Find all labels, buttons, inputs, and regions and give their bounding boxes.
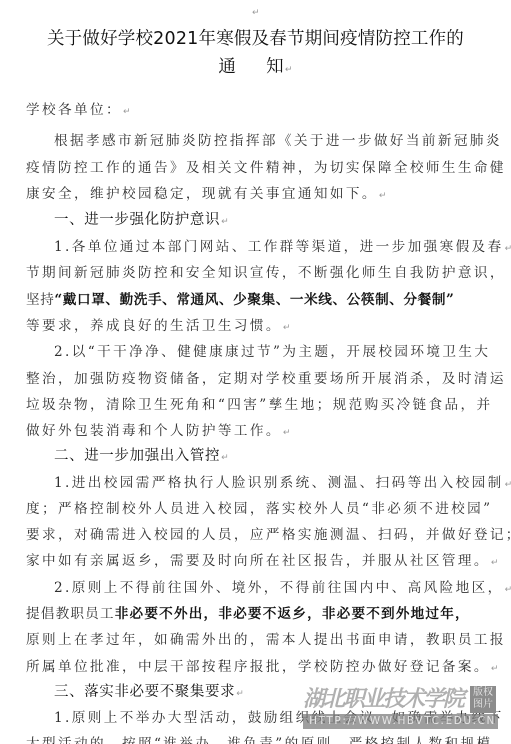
paragraph-mark-icon: ↵ <box>236 689 244 699</box>
watermark-url: HTTP://WWW.HBVTC.EDU.CN <box>303 714 498 729</box>
paragraph-mark-icon: ↵ <box>283 323 293 333</box>
paragraph-line: 度；严格控制校外人员进入校园，落实校外人员“非必须不进校园” <box>26 497 493 517</box>
salutation: 学校各单位：↵ <box>26 98 133 118</box>
paragraph-mark-icon: ↵ <box>505 480 511 490</box>
paragraph-line: 要求，对确需进入校园的人员，应严格实施测温、扫码，并做好登记； <box>26 523 511 543</box>
paragraph-line: 节期间新冠肺炎防控和安全知识宣传，不断强化师生自我防护意识， <box>26 261 506 281</box>
emphasis-text: “戴口罩、勤洗手、常通风、少聚集、一米线、公筷制、分餐制” <box>54 292 454 308</box>
paragraph-line: 原则上在孝过年，如确需外出的，需本人提出书面申请，教职员工报 <box>26 628 506 648</box>
section-heading-3: 三、落实非必要不聚集要求↵ <box>54 680 244 701</box>
document-page: ↵ 关于做好学校2021年寒假及春节期间疫情防控工作的 通知↵ 学校各单位：↵ … <box>0 0 511 744</box>
copyright-watermark: 湖北职业技术学院 版权 图片 HTTP://WWW.HBVTC.EDU.CN <box>303 680 511 744</box>
paragraph-mark-icon: ↵ <box>379 191 389 201</box>
watermark-copyright-badge: 版权 图片 <box>470 686 496 713</box>
paragraph-line: 整治，加强防疫物资储备，定期对学校重要场所开展消杀，及时清运 <box>26 367 506 387</box>
document-title-line-1: 关于做好学校2021年寒假及春节期间疫情防控工作的 <box>0 25 511 50</box>
paragraph-line: 垃圾杂物，清除卫生死角和“四害”孳生地；规范购买冷链食品，并 <box>26 393 493 413</box>
watermark-school-name: 湖北职业技术学院 <box>303 682 468 713</box>
intro-line: 根据孝感市新冠肺炎防控指挥部《关于进一步做好当前新冠肺炎 <box>54 129 502 149</box>
intro-line: 康安全，维护校园稳定，现就有关事宜通知如下。↵ <box>26 182 389 202</box>
paragraph-mark-icon: ↵ <box>283 428 293 438</box>
paragraph-line-emphasis: 提倡教职员工非必要不外出，非必要不返乡，非必要不到外地过年， <box>26 602 470 622</box>
paragraph-mark-icon: ↵ <box>505 585 511 595</box>
paragraph-line: 所属单位批准，中层干部按程序报批，学校防控办做好登记备案。↵ <box>26 655 501 675</box>
section-heading-1: 一、进一步强化防护意识↵ <box>54 208 229 229</box>
emphasis-text: 非必要不外出，非必要不返乡，非必要不到外地过年， <box>115 606 470 622</box>
paragraph-mark-icon: ↵ <box>221 453 229 463</box>
paragraph-line: 家中如有亲属返乡，需要及时向所在社区报告，并服从社区管理。↵ <box>26 549 501 569</box>
paragraph-mark-icon: ↵ <box>285 65 293 75</box>
paragraph-line: 2.原则上不得前往国外、境外，不得前往国内中、高风险地区，↵ <box>54 576 511 596</box>
paragraph-mark-icon: ↵ <box>123 107 133 117</box>
paragraph-line: 做好外包装消毒和个人防护等工作。↵ <box>26 419 293 439</box>
paragraph-line: 等要求，养成良好的生活卫生习惯。↵ <box>26 314 293 334</box>
document-title-line-2: 通知↵ <box>0 53 511 78</box>
paragraph-line: 2.以“干干净净、健健康康过节”为主题，开展校园环境卫生大 <box>54 340 490 360</box>
paragraph-mark-icon: ↵ <box>221 217 229 227</box>
paragraph-line-emphasis: 坚持“戴口罩、勤洗手、常通风、少聚集、一米线、公筷制、分餐制” <box>26 288 454 308</box>
paragraph-mark-icon: ↵ <box>505 244 511 254</box>
paragraph-line: 1.各单位通过本部门网站、工作群等渠道，进一步加强寒假及春↵ <box>54 235 511 255</box>
paragraph-mark-icon: ↵ <box>491 558 501 568</box>
intro-line: 疫情防控工作的通告》及相关文件精神，为切实保障全校师生生命健 <box>26 156 506 176</box>
section-heading-2: 二、进一步加强出入管控↵ <box>54 444 229 465</box>
paragraph-mark-icon: ↵ <box>252 8 260 18</box>
paragraph-line: 1.进出校园需严格执行人脸识别系统、测温、扫码等出入校园制↵ <box>54 471 511 491</box>
paragraph-mark-icon: ↵ <box>491 664 501 674</box>
